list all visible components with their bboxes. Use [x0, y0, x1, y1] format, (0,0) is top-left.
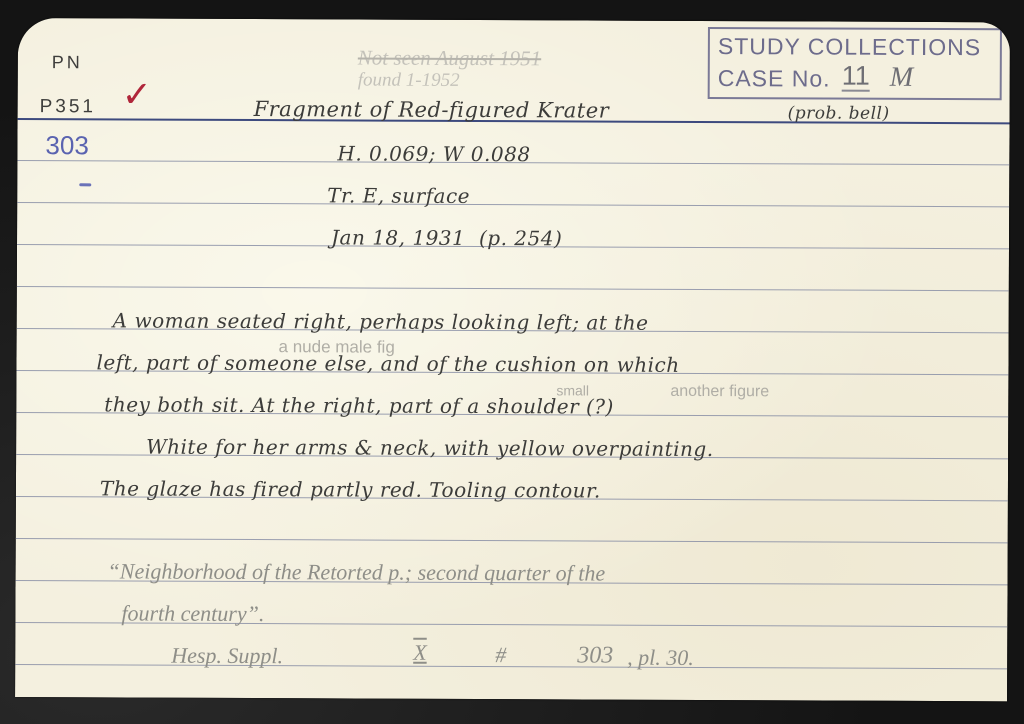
- reference-quote-line-1: “Neighborhood of the Retorted p.; second…: [108, 558, 606, 586]
- rule-line: [17, 286, 1009, 291]
- citation-prefix: Hesp. Suppl.: [171, 643, 283, 669]
- description-line-1: A woman seated right, perhaps looking le…: [113, 308, 649, 334]
- rule-line: [17, 202, 1009, 207]
- citation-hash: #: [495, 642, 506, 668]
- stamp-title: STUDY COLLECTIONS: [718, 33, 981, 61]
- reference-quote-line-2: fourth century”.: [121, 600, 264, 627]
- date-found: Jan 18, 1931 (p. 254): [331, 225, 562, 250]
- rule-line: [15, 664, 1007, 669]
- dimensions: H. 0.069; W 0.088: [337, 141, 530, 166]
- found-note: found 1-1952: [358, 69, 460, 91]
- insertion-another-figure: another figure: [670, 383, 769, 401]
- description-line-3: they both sit. At the right, part of a s…: [104, 392, 614, 418]
- pn-label: PN: [52, 52, 83, 73]
- findspot: Tr. E, surface: [327, 183, 470, 208]
- not-seen-note: Not seen August 1951: [358, 45, 541, 71]
- stamp-case-suffix: M: [890, 62, 913, 94]
- inventory-number: P351: [40, 96, 96, 118]
- citation-number: 303: [577, 642, 613, 669]
- study-collections-stamp: STUDY COLLECTIONS CASE No. 11 M: [708, 27, 1002, 100]
- object-title-note: (prob. bell): [788, 103, 890, 123]
- stamp-case-label: CASE No.: [718, 65, 831, 92]
- citation-plate: , pl. 30.: [627, 645, 694, 671]
- blue-dash-mark: [79, 183, 91, 186]
- stamp-case-number: 11: [842, 62, 870, 92]
- check-mark-icon: ✓: [122, 74, 152, 115]
- object-title: Fragment of Red-figured Krater: [254, 97, 610, 123]
- catalog-card: STUDY COLLECTIONS CASE No. 11 M PN P351 …: [15, 18, 1010, 701]
- description-line-5: The glaze has fired partly red. Tooling …: [100, 476, 601, 502]
- catalog-number-blue: 303: [45, 130, 89, 161]
- description-line-4: White for her arms & neck, with yellow o…: [146, 435, 714, 461]
- citation-volume: X: [413, 640, 427, 666]
- rule-line: [16, 538, 1008, 543]
- description-line-2: left, part of someone else, and of the c…: [96, 350, 679, 377]
